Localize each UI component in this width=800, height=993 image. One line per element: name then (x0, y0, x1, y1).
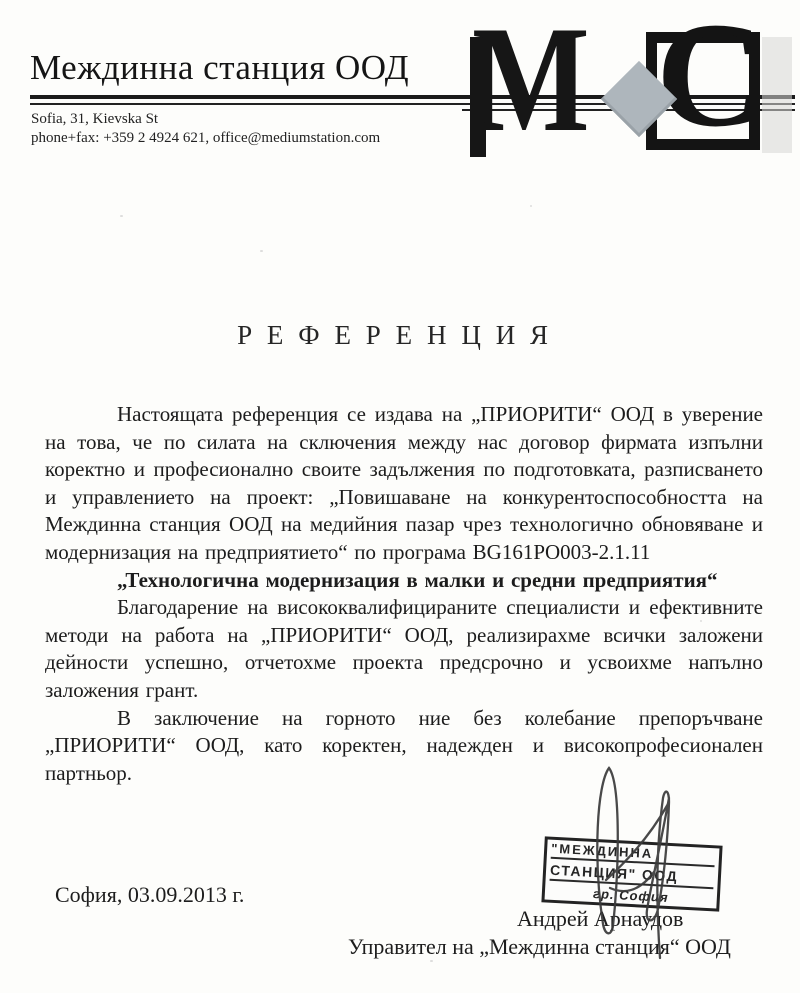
letterhead-address: Sofia, 31, Kievska St phone+fax: +359 2 … (31, 110, 380, 147)
paragraph-2: Благодарение на висококвалифицираните сп… (45, 594, 763, 704)
letterhead-company-name: Междинна станция ООД (30, 48, 409, 88)
paragraph-1-bold-program-name: „Технологична модернизация в малки и сре… (45, 567, 763, 595)
company-logo: M C (460, 15, 800, 170)
address-contact: phone+fax: +359 2 4924 621, office@mediu… (31, 129, 380, 148)
document-title: РЕФЕРЕНЦИЯ (0, 320, 800, 351)
letter-body: Настоящата референция се издава на „ПРИО… (45, 401, 763, 787)
logo-letter-m: M (472, 3, 590, 155)
scan-speckle (530, 205, 532, 207)
scan-speckle (430, 960, 433, 962)
handwritten-signature (570, 738, 710, 970)
scan-speckle (700, 620, 702, 622)
paragraph-1: Настоящата референция се издава на „ПРИО… (45, 401, 763, 567)
signature-loop-right (647, 792, 669, 958)
logo-letter-c: C (656, 0, 764, 150)
scan-speckle (120, 215, 123, 217)
signature-loop-left (597, 768, 617, 933)
date-place-line: София, 03.09.2013 г. (55, 882, 244, 908)
scan-speckle (260, 250, 263, 252)
address-street: Sofia, 31, Kievska St (31, 110, 380, 129)
scanned-reference-letter: Междинна станция ООД Sofia, 31, Kievska … (0, 0, 800, 993)
logo-scan-shade (762, 37, 792, 153)
